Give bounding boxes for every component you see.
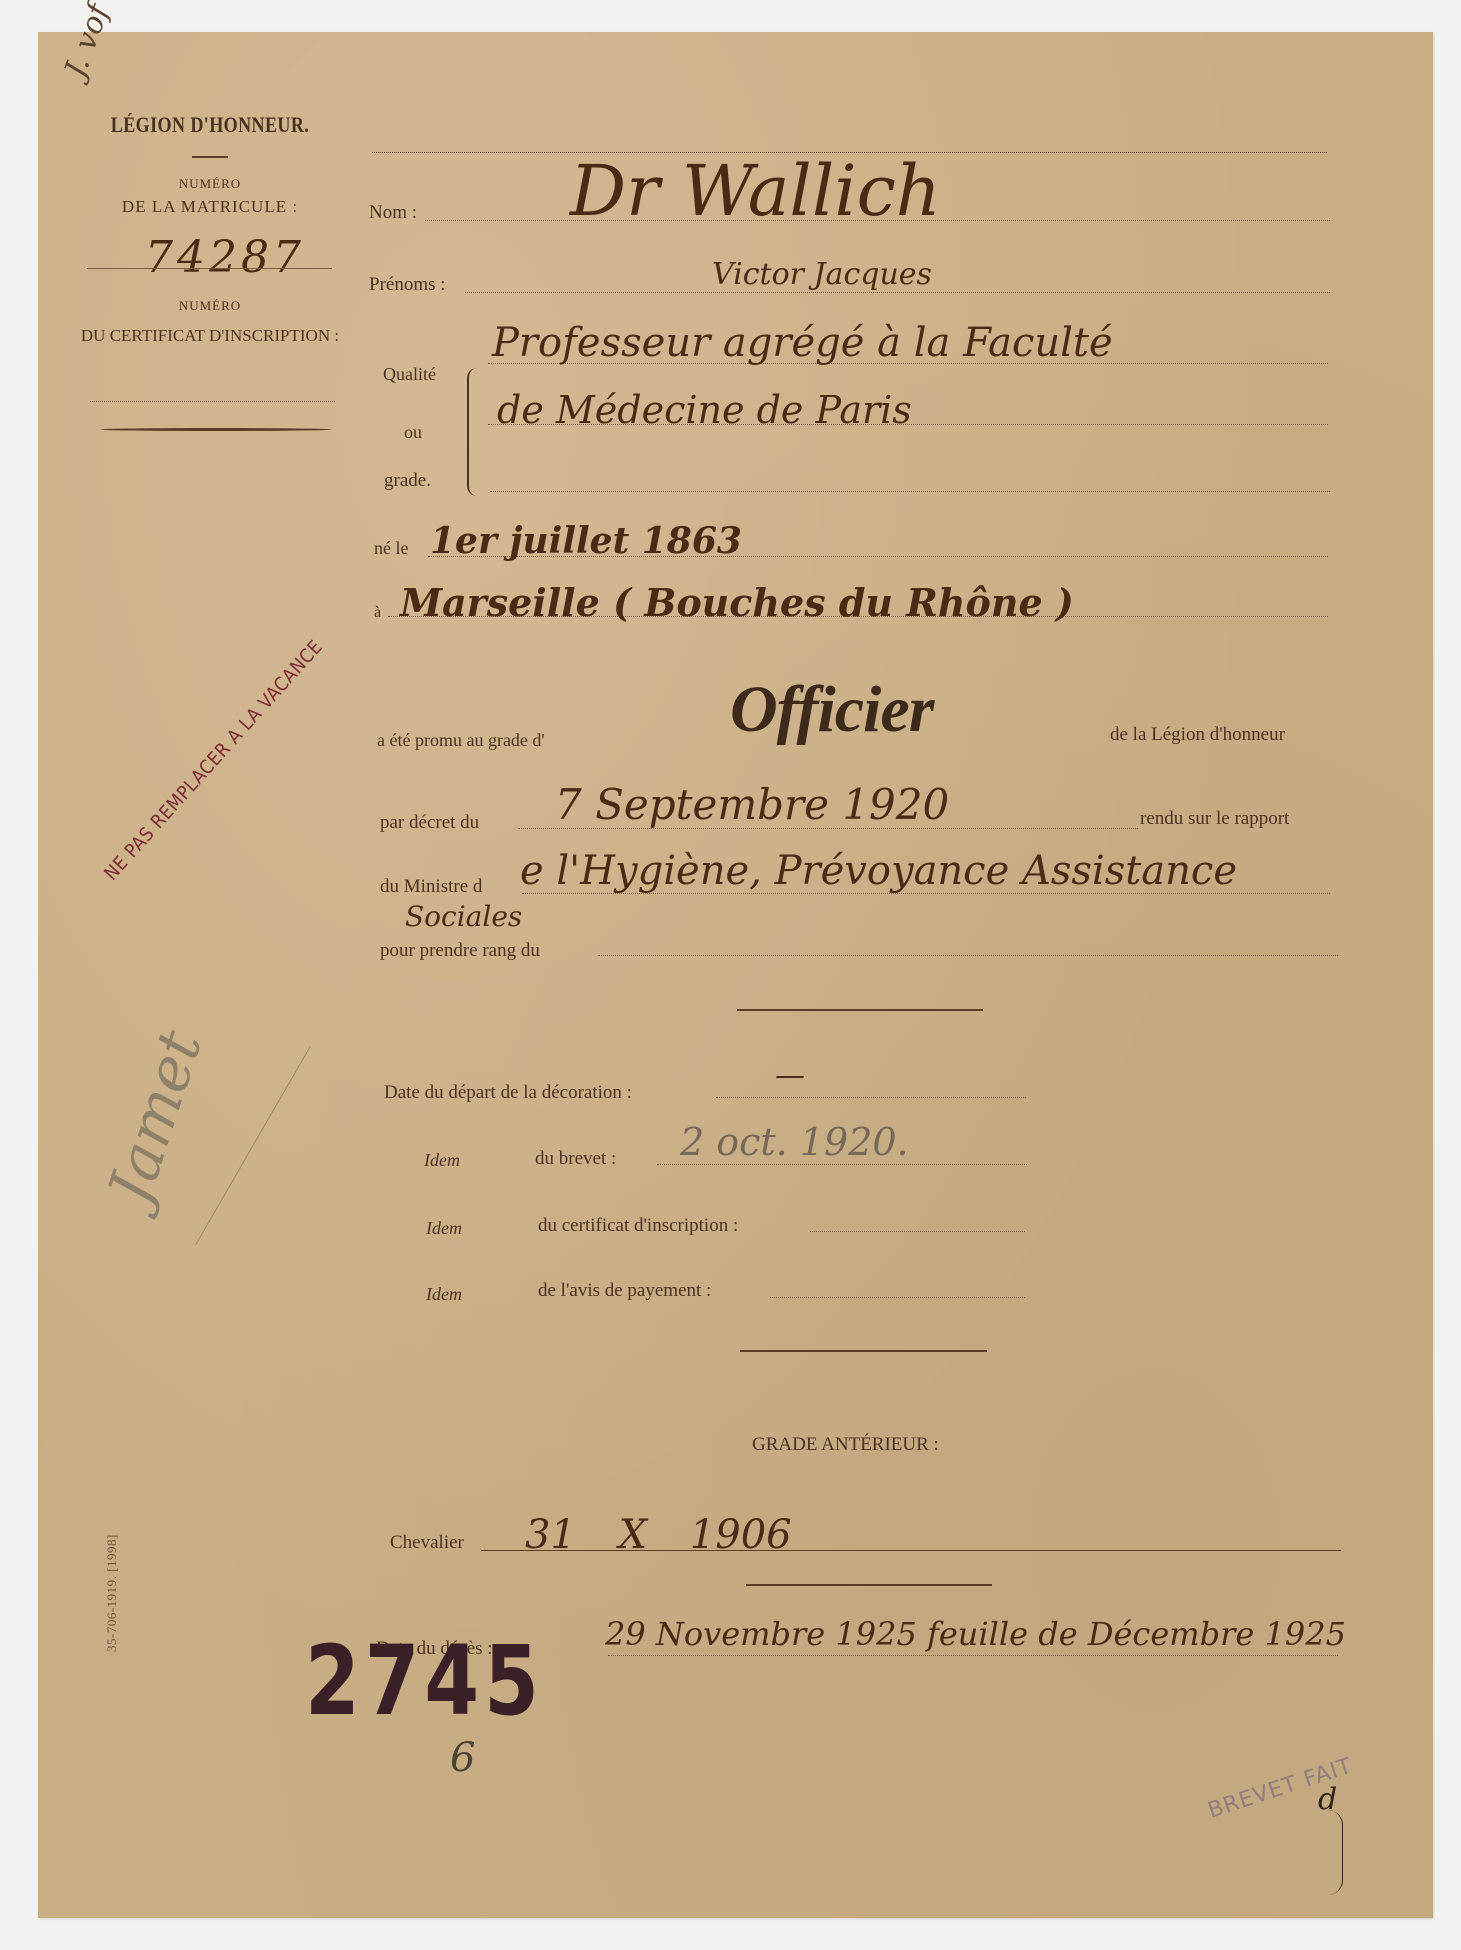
avis-payement-label: de l'avis de payement : (538, 1280, 711, 1302)
idem-avis-label: Idem (426, 1284, 462, 1305)
legion-title: LÉGION D'HONNEUR. (70, 112, 350, 138)
dossier-sub-number: 6 (450, 1735, 475, 1781)
grade-anterieur-title: GRADE ANTÉRIEUR : (752, 1434, 939, 1456)
section-divider-3 (746, 1584, 992, 1586)
qualite-brace (467, 368, 477, 496)
printer-reference: 35-706-1919. [1998] (104, 1534, 120, 1652)
brevet-label: du brevet : (535, 1148, 616, 1170)
matricule-line (87, 268, 332, 269)
qualite-line-3 (490, 491, 1330, 492)
certificat-label-2: DU CERTIFICAT D'INSCRIPTION : (50, 326, 370, 346)
qualite-value-2[interactable]: de Médecine de Paris (497, 388, 912, 432)
legion-label: de la Légion d'honneur (1110, 724, 1285, 746)
chevalier-value[interactable]: 31 X 1906 (525, 1512, 792, 1558)
qualite-label: Qualité (383, 364, 436, 385)
ministre-value[interactable]: e l'Hygiène, Prévoyance Assistance (520, 848, 1237, 894)
idem-certificat-label: Idem (426, 1218, 462, 1239)
ministre-value-2[interactable]: Sociales (405, 900, 522, 933)
avis-payement-line (770, 1297, 1025, 1298)
deces-line (608, 1655, 1338, 1656)
matricule-label-2: DE LA MATRICULE : (70, 197, 350, 217)
grade-value: Officier (730, 672, 933, 748)
certificat-inscription-line (810, 1231, 1025, 1232)
matricule-value: 74287 (145, 232, 305, 283)
qualite-value-1[interactable]: Professeur agrégé à la Faculté (492, 320, 1113, 366)
promu-label: a été promu au grade d' (377, 730, 545, 751)
title-divider (192, 156, 228, 158)
prenoms-line (465, 292, 1330, 293)
idem-brevet-label: Idem (424, 1150, 460, 1171)
rapport-label: rendu sur le rapport (1140, 808, 1289, 830)
matricule-label-1: NUMÉRO (70, 176, 350, 192)
prenoms-label: Prénoms : (369, 274, 446, 296)
a-value[interactable]: Marseille ( Bouches du Rhône ) (400, 580, 1074, 625)
nom-label: Nom : (369, 202, 417, 224)
decret-value[interactable]: 7 Septembre 1920 (555, 780, 949, 829)
certificat-line (90, 401, 335, 402)
ornamental-rule (100, 428, 332, 431)
chevalier-label: Chevalier (390, 1532, 464, 1554)
ou-label: ou (404, 422, 422, 443)
ne-le-label: né le (374, 538, 408, 559)
section-divider-1 (737, 1009, 983, 1011)
brevet-mark-tail (1328, 1810, 1343, 1895)
section-divider-2 (740, 1350, 987, 1352)
ne-le-value[interactable]: 1er juillet 1863 (430, 520, 742, 562)
ministre-label: du Ministre d (380, 876, 482, 898)
dossier-number-stamp: 2745 (305, 1625, 544, 1737)
depart-value[interactable]: — (775, 1058, 805, 1093)
certificat-label-1: NUMÉRO (70, 298, 350, 314)
brevet-line (657, 1164, 1027, 1165)
certificat-inscription-label: du certificat d'inscription : (538, 1215, 738, 1237)
decret-label: par décret du (380, 812, 479, 834)
brevet-value[interactable]: 2 oct. 1920. (680, 1120, 909, 1164)
depart-line (716, 1097, 1026, 1098)
deces-value[interactable]: 29 Novembre 1925 feuille de Décembre 192… (605, 1615, 1346, 1653)
grade-label: grade. (384, 470, 431, 492)
depart-label: Date du départ de la décoration : (384, 1082, 632, 1104)
prenoms-value[interactable]: Victor Jacques (712, 257, 932, 292)
a-label: à (374, 604, 381, 622)
rang-line (598, 955, 1338, 956)
rang-label: pour prendre rang du (380, 940, 540, 962)
nom-value[interactable]: Dr Wallich (570, 150, 941, 232)
